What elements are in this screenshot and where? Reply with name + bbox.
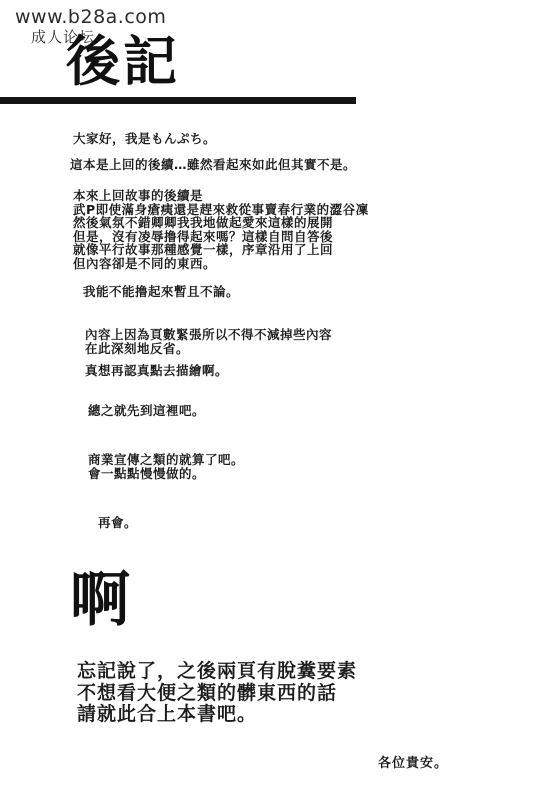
warning-line: 請就此合上本書吧。 bbox=[77, 704, 357, 726]
promo-line: 會一點點慢慢做的。 bbox=[88, 467, 244, 481]
story-line: 但是，沒有凌辱撸得起來嗎？這樣自問自答後 bbox=[73, 230, 369, 244]
watermark-url: www.b28a.com bbox=[15, 6, 166, 28]
greeting-text: 大家好，我是もんぷち。 bbox=[73, 132, 216, 146]
story-line: 但內容卻是不同的東西。 bbox=[73, 257, 369, 271]
warning-line: 忘記說了，之後兩頁有脫糞要素 bbox=[77, 661, 357, 683]
interjection-text: 啊 bbox=[70, 568, 130, 632]
wish-text: 真想再認真點去描繪啊。 bbox=[85, 364, 228, 378]
page-title: 後記 bbox=[66, 33, 180, 91]
sequel-text: 這本是上回的後續…雖然看起來如此但其實不是。 bbox=[70, 158, 356, 172]
story-line: 武P即使滿身瘡痍還是趕來救從事賣春行業的澀谷凜 bbox=[73, 203, 369, 217]
warning-paragraph: 忘記說了，之後兩頁有脫糞要素 不想看大便之類的髒東西的話 請就此合上本書吧。 bbox=[77, 661, 357, 726]
closing-text: 各位貴安。 bbox=[378, 752, 448, 771]
reflection-line: 內容上因為頁數緊張所以不得不減掉些內容 bbox=[85, 328, 332, 342]
reflection-paragraph: 內容上因為頁數緊張所以不得不減掉些內容 在此深刻地反省。 bbox=[85, 328, 332, 355]
afterword-page: www.b28a.com 成人论坛 後記 大家好，我是もんぷち。 這本是上回的後… bbox=[0, 0, 554, 800]
promo-line: 商業宣傳之類的就算了吧。 bbox=[88, 453, 244, 467]
story-line: 然後氣氛不錯卿卿我我地做起愛來這樣的展開 bbox=[73, 216, 369, 230]
promo-paragraph: 商業宣傳之類的就算了吧。 會一點點慢慢做的。 bbox=[88, 453, 244, 480]
story-line: 就像平行故事那種感覺一樣，序章沿用了上回 bbox=[73, 243, 369, 257]
warning-line: 不想看大便之類的髒東西的話 bbox=[77, 683, 357, 705]
story-line: 本來上回故事的後續是 bbox=[73, 189, 369, 203]
aside-text: 我能不能撸起來暫且不論。 bbox=[83, 285, 239, 299]
wrap-up-text: 總之就先到這裡吧。 bbox=[88, 404, 205, 418]
title-divider bbox=[0, 97, 356, 104]
reflection-line: 在此深刻地反省。 bbox=[85, 342, 332, 356]
story-paragraph: 本來上回故事的後續是 武P即使滿身瘡痍還是趕來救從事賣春行業的澀谷凜 然後氣氛不… bbox=[73, 189, 369, 270]
farewell-text: 再會。 bbox=[98, 516, 137, 530]
